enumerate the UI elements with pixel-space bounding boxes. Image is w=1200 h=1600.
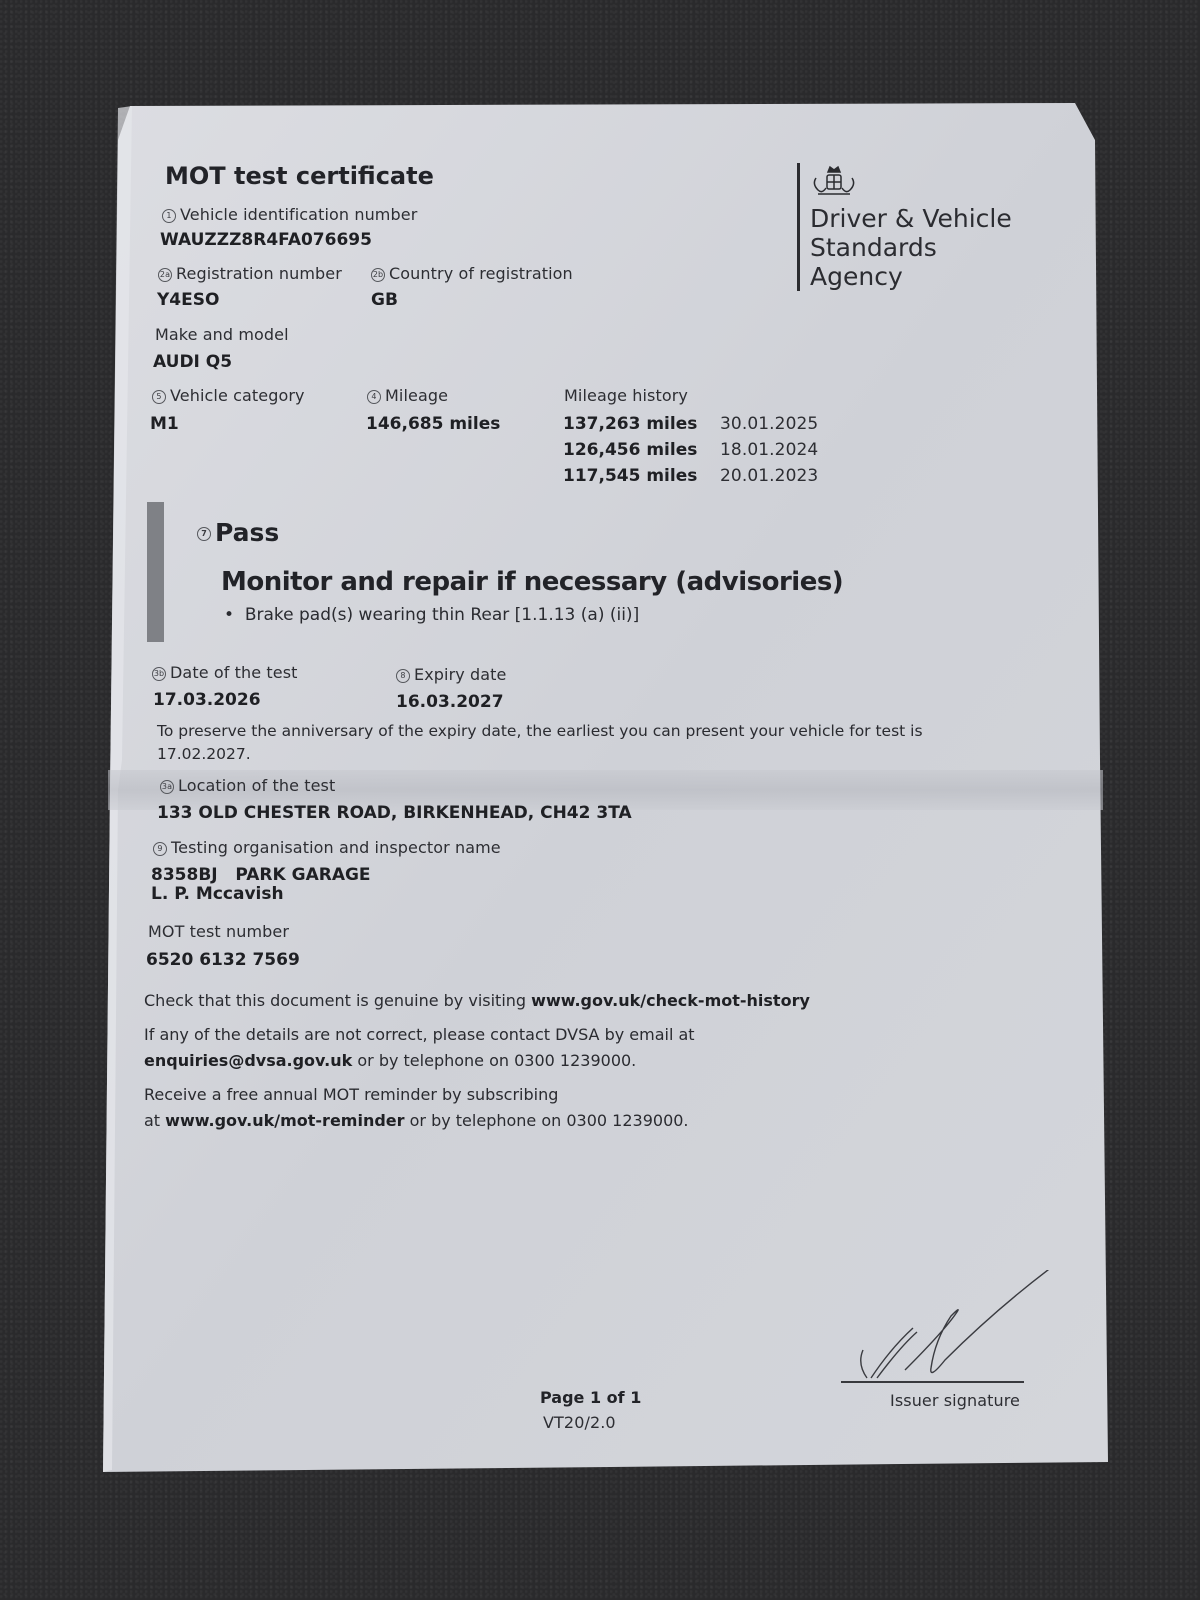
- registration-label: 2aRegistration number: [158, 264, 342, 283]
- mileage-history-date-1: 30.01.2025: [720, 414, 818, 434]
- mileage-history-miles-1: 137,263 miles: [563, 414, 697, 434]
- royal-crest-icon: [808, 164, 860, 204]
- country-label: 2bCountry of registration: [371, 264, 573, 283]
- issuer-line-1: Driver & Vehicle: [810, 204, 1012, 233]
- field-marker-icon: 9: [153, 842, 167, 856]
- anniversary-note-line-1: To preserve the anniversary of the expir…: [157, 722, 923, 740]
- mileage-history-label: Mileage history: [564, 386, 688, 405]
- logo-divider: [797, 163, 800, 291]
- mileage-value: 146,685 miles: [366, 414, 500, 434]
- result-status-bar: [147, 502, 164, 642]
- field-marker-icon: 4: [367, 390, 381, 404]
- vin-value: WAUZZZ8R4FA076695: [160, 230, 372, 250]
- testing-org-label: 9Testing organisation and inspector name: [153, 838, 501, 857]
- reminder-line-1: Receive a free annual MOT reminder by su…: [144, 1085, 558, 1104]
- field-marker-icon: 1: [162, 209, 176, 223]
- test-number-label: MOT test number: [148, 922, 289, 941]
- org-code: 8358BJ: [151, 865, 218, 885]
- reminder-line-2: at www.gov.uk/mot-reminder or by telepho…: [144, 1111, 689, 1130]
- inspector-name: L. P. Mccavish: [151, 884, 284, 904]
- contact-line-2: enquiries@dvsa.gov.uk or by telephone on…: [144, 1051, 636, 1070]
- advisory-heading: Monitor and repair if necessary (advisor…: [221, 567, 843, 597]
- issuer-line-2: Standards: [810, 233, 1012, 262]
- issuer-logo-text: Driver & Vehicle Standards Agency: [810, 204, 1012, 291]
- page-number: Page 1 of 1: [540, 1388, 641, 1407]
- mileage-history-miles-2: 126,456 miles: [563, 440, 697, 460]
- category-label: 5Vehicle category: [152, 386, 305, 405]
- field-marker-icon: 3b: [152, 667, 166, 681]
- test-date-label: 3bDate of the test: [152, 663, 298, 682]
- location-value: 133 OLD CHESTER ROAD, BIRKENHEAD, CH42 3…: [157, 803, 632, 823]
- contact-email-link[interactable]: enquiries@dvsa.gov.uk: [144, 1051, 352, 1070]
- expiry-date-value: 16.03.2027: [396, 692, 504, 712]
- anniversary-note-line-2: 17.02.2027.: [157, 745, 251, 763]
- mot-certificate-sheet: MOT test certificate Driver & Vehicle St…: [0, 0, 1200, 1600]
- testing-org-value: 8358BJ PARK GARAGE: [151, 865, 371, 885]
- make-model-value: AUDI Q5: [153, 352, 232, 372]
- make-model-label: Make and model: [155, 325, 289, 344]
- issuer-line-3: Agency: [810, 262, 1012, 291]
- category-value: M1: [150, 414, 179, 434]
- field-marker-icon: 2a: [158, 268, 172, 282]
- mot-reminder-link[interactable]: www.gov.uk/mot-reminder: [165, 1111, 404, 1130]
- mileage-history-date-2: 18.01.2024: [720, 440, 818, 460]
- mileage-label: 4Mileage: [367, 386, 448, 405]
- test-number-value: 6520 6132 7569: [146, 950, 300, 970]
- mileage-history-miles-3: 117,545 miles: [563, 466, 697, 486]
- org-name: PARK GARAGE: [235, 865, 370, 885]
- field-marker-icon: 5: [152, 390, 166, 404]
- field-marker-icon: 3a: [160, 780, 174, 794]
- vin-label: 1Vehicle identification number: [162, 205, 417, 224]
- advisory-item: • Brake pad(s) wearing thin Rear [1.1.13…: [224, 605, 639, 625]
- field-marker-icon: 7: [197, 527, 211, 541]
- form-code: VT20/2.0: [543, 1413, 616, 1432]
- registration-value: Y4ESO: [157, 290, 219, 310]
- signature-label: Issuer signature: [890, 1391, 1020, 1410]
- mileage-history-date-3: 20.01.2023: [720, 466, 818, 486]
- check-genuine-text: Check that this document is genuine by v…: [144, 991, 810, 1010]
- document-title: MOT test certificate: [165, 162, 434, 190]
- issuer-signature-scribble: [855, 1270, 1100, 1385]
- location-label: 3aLocation of the test: [160, 776, 335, 795]
- expiry-date-label: 8Expiry date: [396, 665, 507, 684]
- result-status: 7Pass: [197, 518, 279, 547]
- contact-line-1: If any of the details are not correct, p…: [144, 1025, 695, 1044]
- country-value: GB: [371, 290, 398, 310]
- field-marker-icon: 8: [396, 669, 410, 683]
- signature-line: [841, 1381, 1024, 1383]
- field-marker-icon: 2b: [371, 268, 385, 282]
- test-date-value: 17.03.2026: [153, 690, 261, 710]
- check-mot-history-link[interactable]: www.gov.uk/check-mot-history: [531, 991, 810, 1010]
